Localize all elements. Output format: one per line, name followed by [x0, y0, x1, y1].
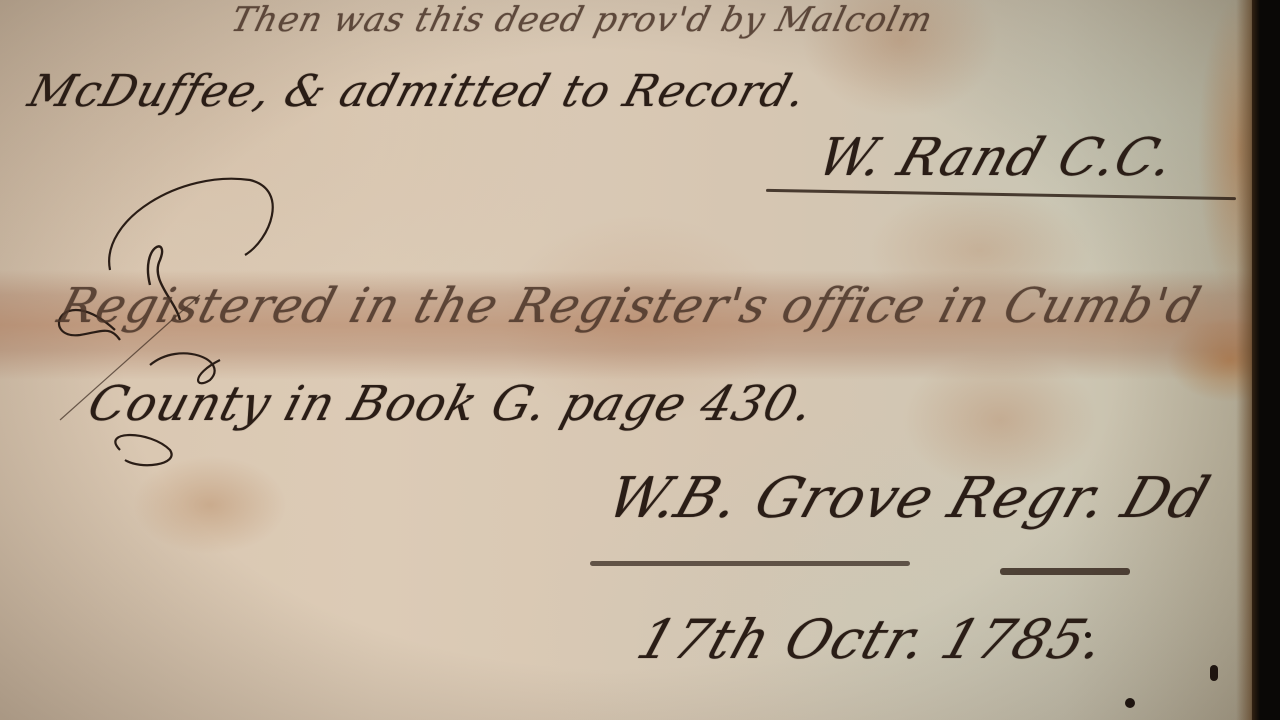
register-underline-right — [1000, 568, 1130, 575]
ink-blot — [1210, 665, 1218, 681]
ink-blot — [1125, 698, 1135, 708]
text-line-2: McDuffee, & admitted to Record. — [23, 66, 813, 117]
document-photo: Then was this deed prov'd by Malcolm McD… — [0, 0, 1280, 720]
register-signature: W.B. Grove Regr. Dd — [599, 466, 1217, 531]
paper-edge — [1236, 0, 1260, 720]
document-date: 17th Octr. 1785. — [630, 608, 1114, 671]
text-line-4: Registered in the Register's office in C… — [52, 278, 1207, 334]
text-line-5: County in Book G. page 430. — [82, 376, 821, 432]
clerk-signature: W. Rand C.C. — [810, 128, 1182, 188]
ink-blot — [1085, 632, 1091, 638]
register-underline-left — [590, 561, 910, 566]
text-line-1: Then was this deed prov'd by Malcolm — [227, 0, 937, 40]
